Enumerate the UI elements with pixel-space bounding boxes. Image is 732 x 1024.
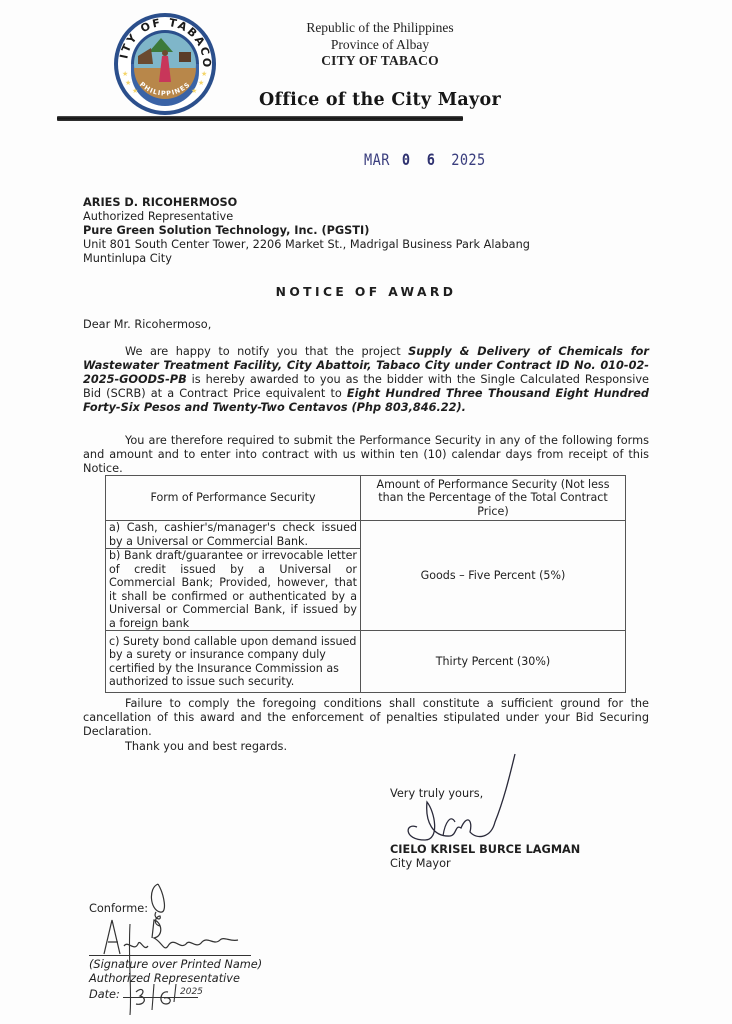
- date-label: Date:: [89, 988, 120, 1001]
- stamp-month: MAR: [364, 150, 390, 169]
- recipient-company: Pure Green Solution Technology, Inc. (PG…: [83, 224, 530, 238]
- svg-text:★: ★: [125, 79, 131, 87]
- performance-security-table: Form of Performance Security Amount of P…: [105, 475, 626, 693]
- document-title: NOTICE OF AWARD: [0, 285, 732, 299]
- svg-text:★: ★: [201, 70, 207, 78]
- security-form-b: b) Bank draft/guarantee or irrevocable l…: [106, 549, 361, 631]
- recipient-address-line1: Unit 801 South Center Tower, 2206 Market…: [83, 238, 530, 252]
- column-header-amount: Amount of Performance Security (Not less…: [361, 476, 626, 521]
- security-form-a: a) Cash, cashier's/manager's check issue…: [106, 521, 361, 549]
- city-seal-logo: ★★★ ★★★ CITY OF TABACO PHILIPPINES: [113, 12, 217, 116]
- stamp-day: 0 6: [402, 150, 439, 169]
- table-row: a) Cash, cashier's/manager's check issue…: [106, 521, 626, 549]
- svg-text:★: ★: [198, 79, 204, 87]
- table-header-row: Form of Performance Security Amount of P…: [106, 476, 626, 521]
- mayor-signature: [395, 752, 525, 847]
- security-form-c: c) Surety bond callable upon demand issu…: [106, 631, 361, 693]
- svg-text:★: ★: [191, 87, 197, 95]
- signatory-title: City Mayor: [390, 857, 451, 871]
- signature-line: [89, 955, 251, 956]
- recipient-address-line2: Muntinlupa City: [83, 252, 530, 266]
- recipient-name: ARIES D. RICOHERMOSO: [83, 196, 530, 210]
- requirement-paragraph: You are therefore required to submit the…: [83, 434, 649, 476]
- signatory-name: CIELO KRISEL BURCE LAGMAN: [390, 843, 580, 857]
- security-amount-surety: Thirty Percent (30%): [361, 631, 626, 693]
- signature-caption: (Signature over Printed Name): [89, 958, 262, 972]
- svg-text:★: ★: [122, 70, 128, 78]
- recipient-block: ARIES D. RICOHERMOSO Authorized Represen…: [83, 196, 530, 266]
- office-heading: Office of the City Mayor: [230, 90, 530, 110]
- stamp-year: 2025: [451, 150, 485, 169]
- letterhead-province: Province of Albay: [230, 37, 530, 53]
- svg-text:2025: 2025: [180, 987, 203, 997]
- handwritten-date: 2025: [128, 982, 208, 1012]
- svg-text:★: ★: [132, 87, 138, 95]
- recipient-position: Authorized Representative: [83, 210, 530, 224]
- column-header-form: Form of Performance Security: [106, 476, 361, 521]
- received-date-stamp: MAR 0 6 2025: [364, 150, 486, 169]
- award-intro: We are happy to notify you that the proj…: [125, 345, 408, 358]
- letterhead-city: CITY OF TABACO: [230, 53, 530, 69]
- header-divider: [57, 116, 463, 121]
- failure-paragraph: Failure to comply the foregoing conditio…: [83, 697, 649, 739]
- letterhead-republic: Republic of the Philippines: [230, 20, 530, 36]
- award-paragraph: We are happy to notify you that the proj…: [83, 345, 649, 415]
- security-amount-goods: Goods – Five Percent (5%): [361, 521, 626, 631]
- table-row: c) Surety bond callable upon demand issu…: [106, 631, 626, 693]
- salutation: Dear Mr. Ricohermoso,: [83, 318, 211, 332]
- thanks-line: Thank you and best regards.: [125, 740, 287, 754]
